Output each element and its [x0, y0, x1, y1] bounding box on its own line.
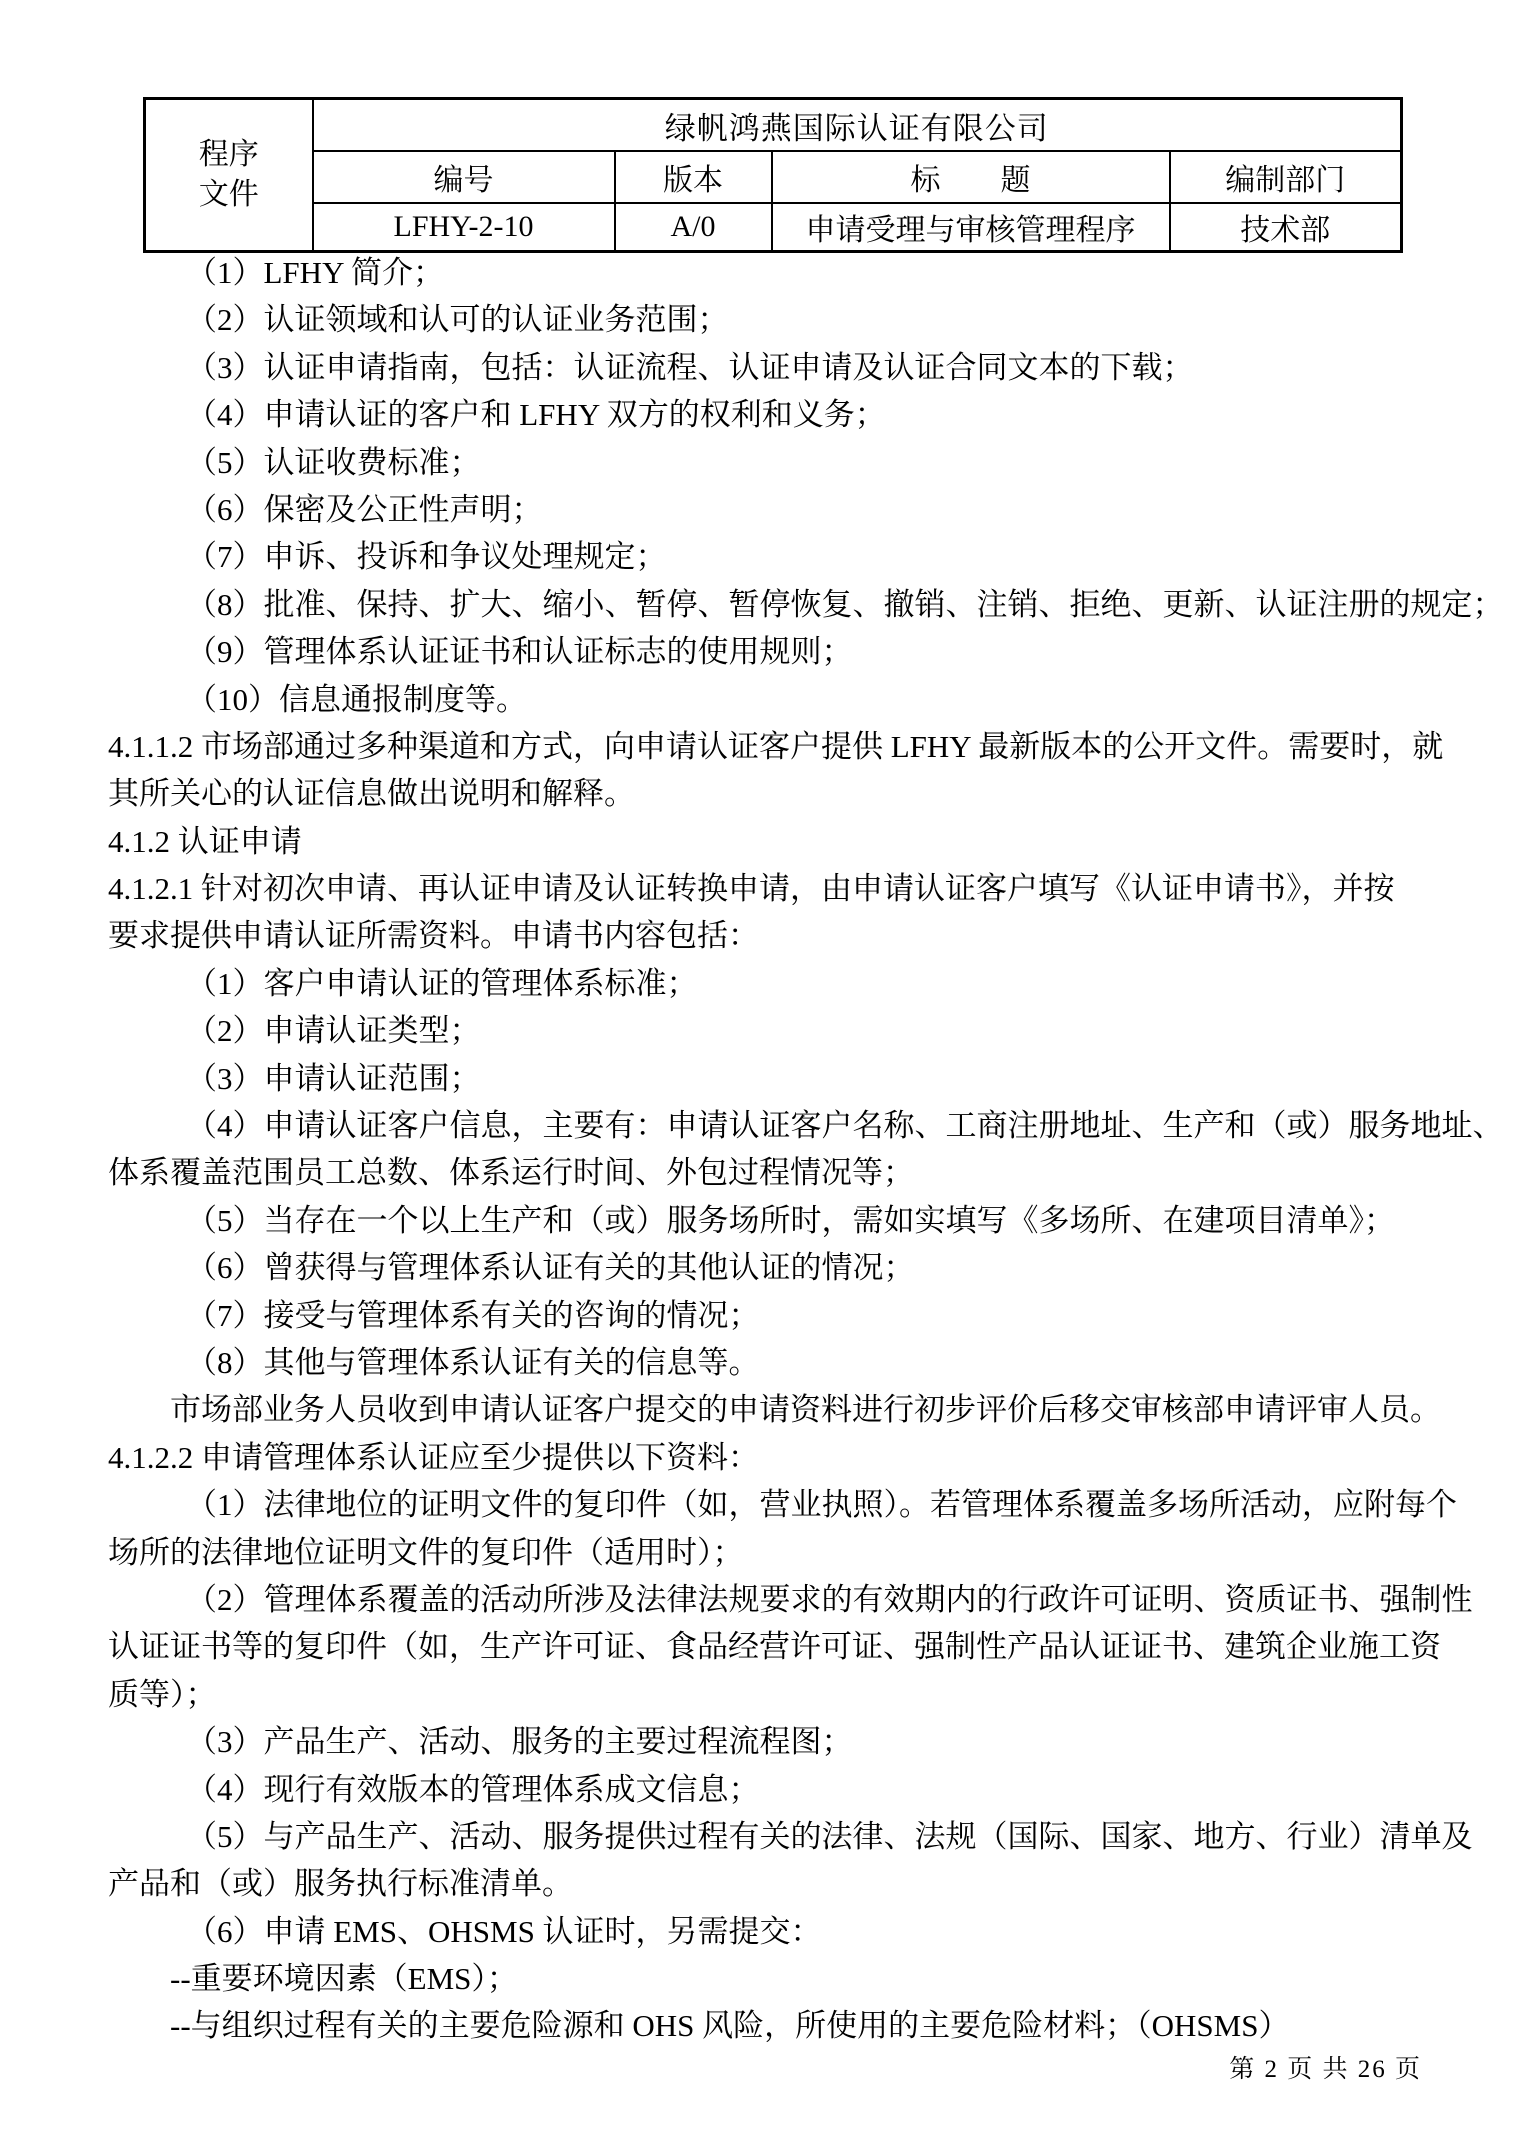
text-line: （7）申诉、投诉和争议处理规定；: [108, 533, 1468, 580]
text-line: （1）法律地位的证明文件的复印件（如，营业执照）。若管理体系覆盖多场所活动，应附…: [108, 1481, 1468, 1528]
text-line: （2）认证领域和认可的认证业务范围；: [108, 296, 1468, 343]
text-line: 4.1.2.1 针对初次申请、再认证申请及认证转换申请，由申请认证客户填写《认证…: [108, 865, 1468, 912]
text-line: 4.1.1.2 市场部通过多种渠道和方式，向申请认证客户提供 LFHY 最新版本…: [108, 723, 1468, 770]
value-cell-number: LFHY-2-10: [313, 203, 615, 252]
text-line: （2）管理体系覆盖的活动所涉及法律法规要求的有效期内的行政许可证明、资质证书、强…: [108, 1576, 1468, 1623]
text-line: 4.1.2.2 申请管理体系认证应至少提供以下资料：: [108, 1434, 1468, 1481]
text-line: （3）产品生产、活动、服务的主要过程流程图；: [108, 1718, 1468, 1765]
value-cell-version: A/0: [615, 203, 772, 252]
text-line: （2）申请认证类型；: [108, 1007, 1468, 1054]
text-line: 质等）；: [108, 1671, 1468, 1718]
text-line: （5）当存在一个以上生产和（或）服务场所时，需如实填写《多场所、在建项目清单》；: [108, 1197, 1468, 1244]
text-line: --与组织过程有关的主要危险源和 OHS 风险，所使用的主要危险材料；（OHSM…: [108, 2002, 1468, 2049]
document-header-table: 程序 文件 绿帆鸿燕国际认证有限公司 编号 版本 标 题 编制部门 LFHY-2…: [143, 97, 1403, 253]
text-line: 认证证书等的复印件（如，生产许可证、食品经营许可证、强制性产品认证证书、建筑企业…: [108, 1623, 1468, 1670]
header-cell-title: 标 题: [772, 151, 1170, 203]
text-line: （3）申请认证范围；: [108, 1055, 1468, 1102]
text-line: （4）申请认证客户信息，主要有：申请认证客户名称、工商注册地址、生产和（或）服务…: [108, 1102, 1468, 1149]
header-cell-department: 编制部门: [1170, 151, 1402, 203]
company-name: 绿帆鸿燕国际认证有限公司: [313, 99, 1402, 152]
text-line: 场所的法律地位证明文件的复印件（适用时）；: [108, 1529, 1468, 1576]
text-line: （5）与产品生产、活动、服务提供过程有关的法律、法规（国际、国家、地方、行业）清…: [108, 1813, 1468, 1860]
text-line: （1）客户申请认证的管理体系标准；: [108, 960, 1468, 1007]
text-line: （8）其他与管理体系认证有关的信息等。: [108, 1339, 1468, 1386]
document-type-line2: 文件: [146, 175, 312, 215]
text-line: （8）批准、保持、扩大、缩小、暂停、暂停恢复、撤销、注销、拒绝、更新、认证注册的…: [108, 581, 1468, 628]
text-line: （1）LFHY 简介；: [108, 249, 1468, 296]
text-line: （4）现行有效版本的管理体系成文信息；: [108, 1766, 1468, 1813]
page-footer: 第 2 页 共 26 页: [1229, 2049, 1422, 2085]
document-page: 程序 文件 绿帆鸿燕国际认证有限公司 编号 版本 标 题 编制部门 LFHY-2…: [0, 0, 1514, 2140]
value-cell-department: 技术部: [1170, 203, 1402, 252]
text-line: --重要环境因素（EMS）；: [108, 1955, 1468, 2002]
text-line: （3）认证申请指南，包括：认证流程、认证申请及认证合同文本的下载；: [108, 344, 1468, 391]
document-type-label: 程序 文件: [145, 99, 313, 252]
document-type-line1: 程序: [146, 135, 312, 175]
text-line: 体系覆盖范围员工总数、体系运行时间、外包过程情况等；: [108, 1149, 1468, 1196]
text-line: （6）曾获得与管理体系认证有关的其他认证的情况；: [108, 1244, 1468, 1291]
text-line: （9）管理体系认证证书和认证标志的使用规则；: [108, 628, 1468, 675]
text-line: （4）申请认证的客户和 LFHY 双方的权利和义务；: [108, 391, 1468, 438]
text-line: （5）认证收费标准；: [108, 439, 1468, 486]
text-line: 要求提供申请认证所需资料。申请书内容包括：: [108, 912, 1468, 959]
text-line: 产品和（或）服务执行标准清单。: [108, 1860, 1468, 1907]
text-line: （6）保密及公正性声明；: [108, 486, 1468, 533]
header-cell-version: 版本: [615, 151, 772, 203]
text-line: 4.1.2 认证申请: [108, 818, 1468, 865]
value-cell-title: 申请受理与审核管理程序: [772, 203, 1170, 252]
text-line: 其所关心的认证信息做出说明和解释。: [108, 770, 1468, 817]
header-cell-number: 编号: [313, 151, 615, 203]
text-line: 市场部业务人员收到申请认证客户提交的申请资料进行初步评价后移交审核部申请评审人员…: [108, 1386, 1468, 1433]
text-line: （6）申请 EMS、OHSMS 认证时，另需提交：: [108, 1908, 1468, 1955]
text-line: （10）信息通报制度等。: [108, 676, 1468, 723]
text-line: （7）接受与管理体系有关的咨询的情况；: [108, 1292, 1468, 1339]
body-text: （1）LFHY 简介；（2）认证领域和认可的认证业务范围；（3）认证申请指南，包…: [108, 249, 1468, 2050]
